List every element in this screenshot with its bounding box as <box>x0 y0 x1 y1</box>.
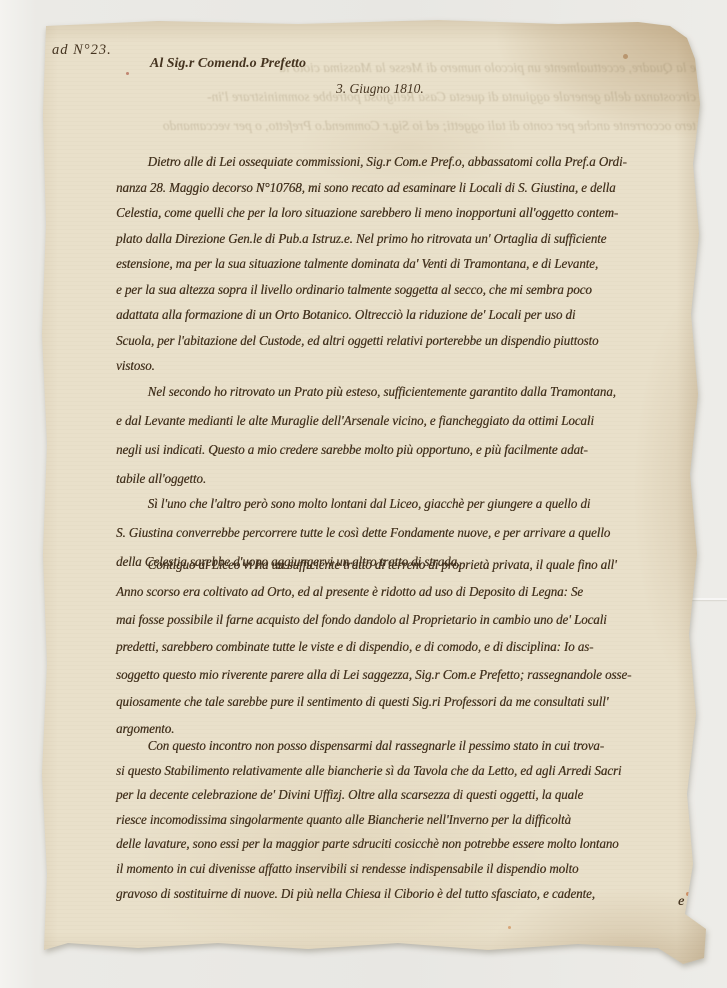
manuscript-line: Con questo incontro non posso dispensarm… <box>116 735 693 760</box>
manuscript-line: Celestia, come quelli che per la loro si… <box>116 201 693 227</box>
manuscript-line: Sì l'uno che l'altro però sono molto lon… <box>116 490 693 519</box>
paper-stain <box>508 926 511 929</box>
manuscript-page: e la Quadre, eccettualmente un piccolo n… <box>38 14 710 970</box>
manuscript-line: si questo Stabilimento relativamente all… <box>116 760 693 785</box>
manuscript-paragraph: Dietro alle di Lei ossequiate commission… <box>116 150 693 380</box>
date-line: 3. Giugno 1810. <box>336 81 424 97</box>
manuscript-paragraph: Nel secondo ho ritrovato un Prato più es… <box>116 378 693 494</box>
manuscript-line: S. Giustina converrebbe percorrere tutte… <box>116 519 693 548</box>
manuscript-line: riesce incomodissima singolarmente quant… <box>116 809 693 834</box>
manuscript-line: nanza 28. Maggio decorso N°10768, mi son… <box>116 176 693 202</box>
paper-stain <box>126 72 129 75</box>
manuscript-line: estensione, ma per la sua situazione tal… <box>116 252 693 278</box>
manuscript-line: e per la sua altezza sopra il livello or… <box>116 278 693 304</box>
manuscript-line: negli usi indicati. Questo a mio credere… <box>116 436 693 465</box>
manuscript-line: vistoso. <box>116 354 693 380</box>
manuscript-line: plato dalla Direzione Gen.le di Pub.a Is… <box>116 227 693 253</box>
paper-stain <box>686 892 690 896</box>
manuscript-line: Dietro alle di Lei ossequiate commission… <box>116 150 693 176</box>
manuscript-line: e dal Levante medianti le alte Muraglie … <box>116 407 693 436</box>
catchword: e le <box>678 894 698 910</box>
manuscript-line: per la decente celebrazione de' Divini U… <box>116 784 693 809</box>
manuscript-paragraph: Contiguo al Liceo vi ha un sufficiente t… <box>116 552 693 744</box>
manuscript-line: gravoso di sostituirne di nuove. Di più … <box>116 883 693 908</box>
paper-stain <box>623 54 628 59</box>
manuscript-line: Anno scorso era coltivato ad Orto, ed al… <box>116 579 693 606</box>
manuscript-line: adattata alla formazione di un Orto Bota… <box>116 303 693 329</box>
registry-number: ad N°23. <box>52 42 112 59</box>
addressee-line: Al Sig.r Comend.o Prefetto <box>150 56 306 72</box>
manuscript-line: mai fosse possibile il farne acquisto de… <box>116 607 693 634</box>
manuscript-line: il momento in cui divenisse affatto inse… <box>116 858 693 883</box>
manuscript-page-wrapper: e la Quadre, eccettualmente un piccolo n… <box>38 14 710 970</box>
manuscript-line: predetti, sarebbero combinate tutte le v… <box>116 634 693 661</box>
manuscript-line: Scuola, per l'abitazione del Custode, ed… <box>116 329 693 355</box>
paper-stain <box>693 479 697 483</box>
manuscript-line: quiosamente che tale sarebbe pure il sen… <box>116 689 693 716</box>
manuscript-line: soggetto questo mio riverente parere all… <box>116 662 693 689</box>
bleedthrough-line: tero occorrente anche per conto di tali … <box>56 118 696 147</box>
manuscript-line: Contiguo al Liceo vi ha un sufficiente t… <box>116 552 693 579</box>
manuscript-line: delle lavature, sono essi per la maggior… <box>116 833 693 858</box>
manuscript-paragraph: Con questo incontro non posso dispensarm… <box>116 735 693 907</box>
manuscript-line: Nel secondo ho ritrovato un Prato più es… <box>116 378 693 407</box>
bleedthrough-text: e la Quadre, eccettualmente un piccolo n… <box>56 60 696 147</box>
scan-background: { "document": { "registry_note": "ad N°2… <box>0 0 727 988</box>
